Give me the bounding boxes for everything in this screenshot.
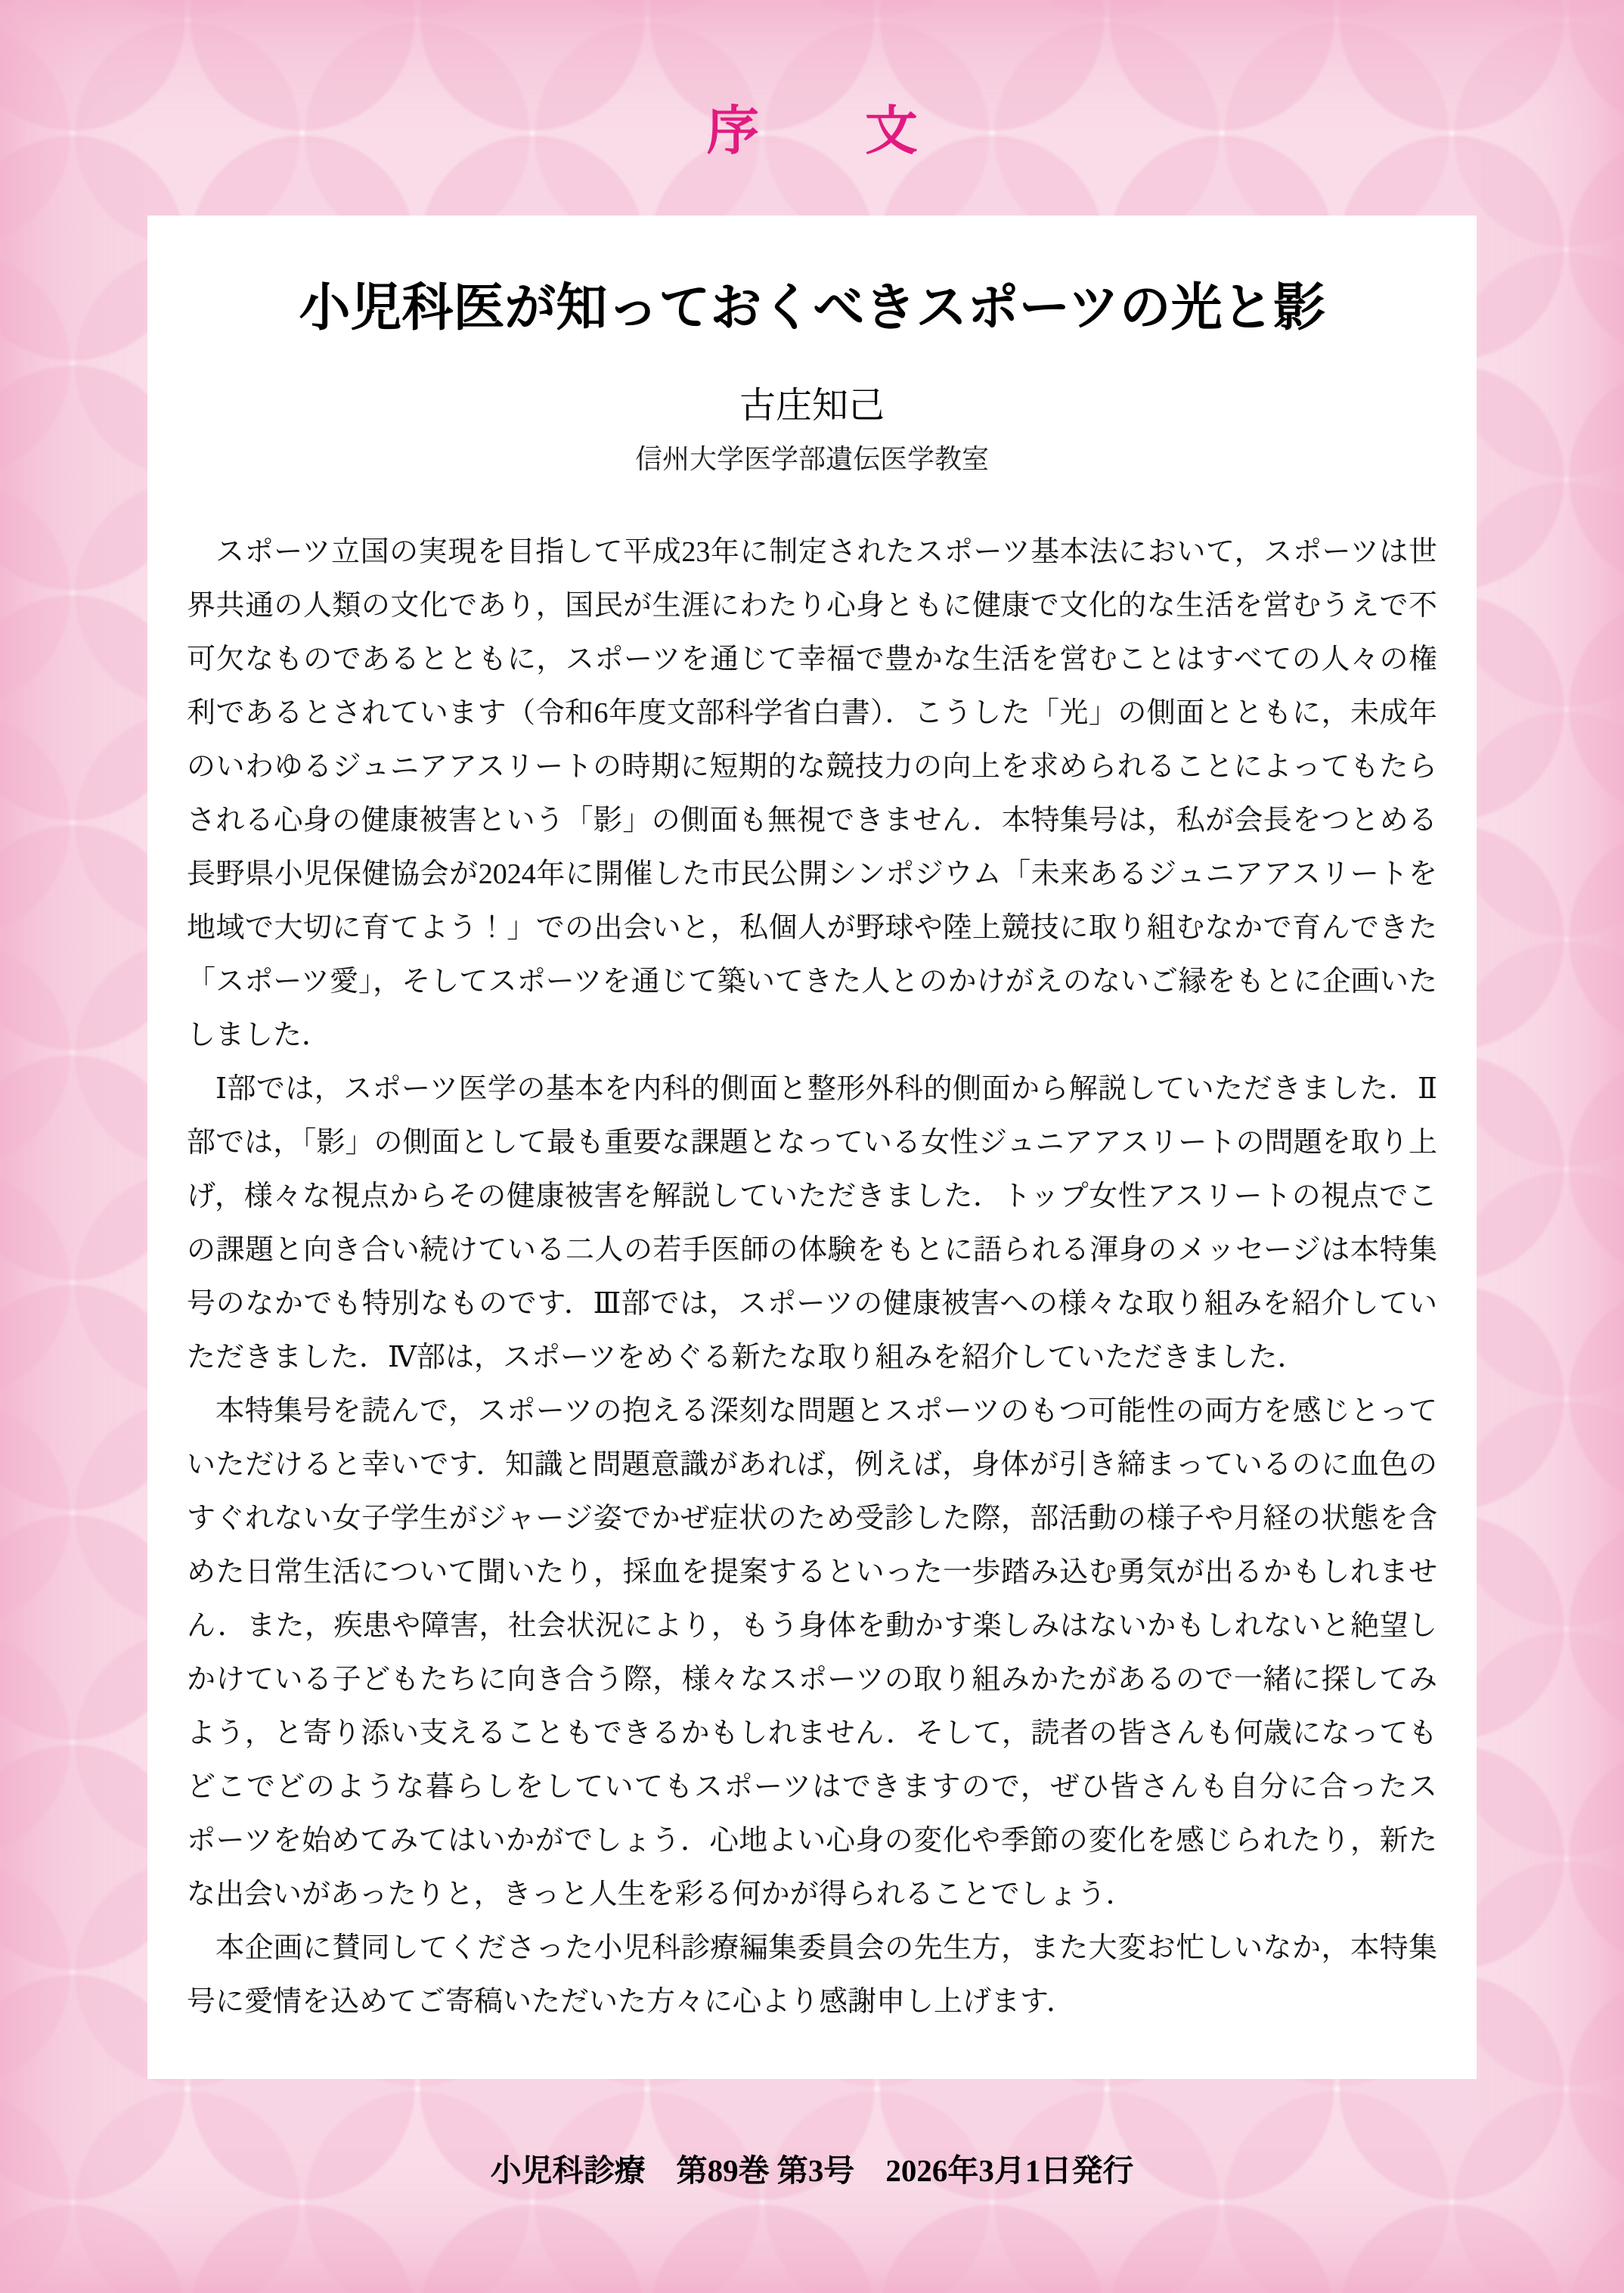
content-card: 小児科医が知っておくべきスポーツの光と影 古庄知己 信州大学医学部遺伝医学教室 … bbox=[147, 216, 1477, 2079]
body-text: スポーツ立国の実現を目指して平成23年に制定されたスポーツ基本法において，スポー… bbox=[187, 526, 1437, 2029]
paragraph-4: 本企画に賛同してくださった小児科診療編集委員会の先生方，また大変お忙しいなか，本… bbox=[187, 1922, 1437, 2029]
paragraph-1: スポーツ立国の実現を目指して平成23年に制定されたスポーツ基本法において，スポー… bbox=[187, 526, 1437, 1063]
article-title: 小児科医が知っておくべきスポーツの光と影 bbox=[187, 282, 1437, 334]
section-title-preface: 序 文 bbox=[0, 104, 1624, 157]
author-affiliation: 信州大学医学部遺伝医学教室 bbox=[187, 445, 1437, 473]
journal-footer: 小児科診療 第89巻 第3号 2026年3月1日発行 bbox=[0, 2155, 1624, 2186]
author-name: 古庄知己 bbox=[187, 388, 1437, 424]
paragraph-3: 本特集号を読んで，スポーツの抱える深刻な問題とスポーツのもつ可能性の両方を感じと… bbox=[187, 1385, 1437, 1922]
paragraph-2: Ⅰ部では，スポーツ医学の基本を内科的側面と整形外科的側面から解説していただきまし… bbox=[187, 1063, 1437, 1385]
